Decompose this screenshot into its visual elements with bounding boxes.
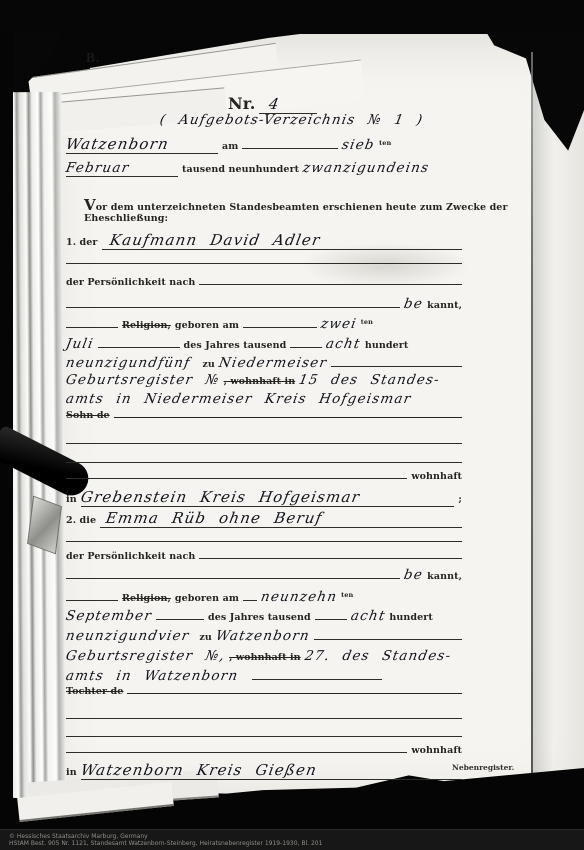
blank-rule [252, 671, 382, 680]
blank-rule [290, 339, 322, 348]
blank-rule [66, 454, 462, 463]
blank-rule [243, 592, 257, 601]
form-content: B. Nr. 4 ( Aufgebots-Verzeichnis № 1 ) W… [0, 0, 584, 850]
strike-rule [114, 417, 462, 418]
bride-birth-year-entry: neunzigundvier [65, 628, 191, 644]
groom-registry-office-entry: amts in Niedermeiser Kreis Hofgeismar [65, 391, 413, 407]
hundert-label: hundert [365, 340, 409, 351]
year-entry: zwanzigundeins [302, 160, 431, 176]
aufgebots-verzeichnis-note: ( Aufgebots-Verzeichnis № 1 ) [159, 112, 425, 128]
groom-birthplace-entry: Niedermeiser [217, 355, 328, 371]
bride-register-line: Geburtsregister №, , wohnhaft in 27. des… [66, 648, 462, 664]
groom-personality-line: der Persönlichkeit nach [66, 276, 462, 288]
wohnhaft-in-label-struck: , wohnhaft in [224, 376, 296, 387]
groom-century-entry: acht [325, 336, 362, 352]
groom-birth-day-entry: zwei [320, 316, 359, 332]
blank-rule [199, 276, 462, 285]
archive-caption-line2: HStAM Best. 905 Nr. 1121, Standesamt Wat… [9, 840, 584, 847]
bride-register-no-entry: 27. des Standes- [303, 648, 452, 664]
year-of-label: des Jahres tausend [184, 340, 287, 351]
intro-text-2: Eheschließung: [84, 213, 168, 224]
groom-birth-year-entry: neunzigundfünf [65, 355, 192, 371]
zu-label: zu [199, 632, 212, 643]
hundert-label: hundert [389, 612, 433, 623]
month-year-line: Februar tausend neunhundert zwanzigundei… [66, 160, 462, 177]
bride-index: 2. die [66, 515, 96, 526]
groom-register-no-entry: 15 des Standes- [298, 372, 442, 388]
son-label-struck: Sohn de [66, 410, 110, 421]
bride-registry-office-line: amts in Watzenborn [66, 668, 462, 684]
groom-son-line: Sohn de [66, 410, 462, 422]
bride-wohnhaft-line: wohnhaft [66, 744, 462, 756]
personality-label: der Persönlichkeit nach [66, 277, 195, 288]
day-suffix: ten [379, 139, 391, 147]
blank-line [66, 728, 462, 737]
blank-rule [66, 728, 462, 737]
day-entry: sieb [341, 137, 377, 153]
groom-register-entry: Geburtsregister № [65, 372, 221, 388]
record-number-line: Nr. 4 [228, 94, 378, 114]
groom-birth-month-entry: Juli [65, 336, 95, 352]
bride-name-line: 2. die Emma Rüb ohne Beruf [66, 509, 462, 528]
bride-daughter-line: Tochter de [66, 686, 462, 698]
blank-line [66, 255, 462, 264]
wohnhaft-label: wohnhaft [411, 745, 462, 756]
groom-name-line: 1. der Kaufmann David Adler [66, 231, 462, 250]
in-label: in [66, 494, 77, 505]
bride-registry-office-entry: amts in Watzenborn [65, 668, 240, 684]
groom-birth-month-line: Juli des Jahres tausend acht hundert [66, 336, 462, 352]
blank-rule [243, 319, 317, 328]
groom-wohnhaft-line: wohnhaft [66, 470, 462, 482]
born-am-label: geboren am [175, 593, 239, 604]
groom-religion-born-line: Religion, geboren am zwei ten [66, 316, 462, 332]
wohnhaft-in-label-struck: , wohnhaft in [229, 652, 301, 663]
bride-known-line: be kannt, [66, 567, 462, 583]
bride-birth-month-line: September des Jahres tausend acht hunder… [66, 608, 462, 624]
known-label: kannt, [427, 300, 462, 311]
nr-label: Nr. [228, 94, 255, 113]
strike-rule [127, 693, 462, 694]
bride-register-entry: Geburtsregister №, [65, 648, 227, 664]
groom-register-line: Geburtsregister № , wohnhaft in 15 des S… [66, 372, 462, 388]
blank-line [66, 533, 462, 542]
daughter-label-struck: Tochter de [66, 686, 123, 697]
bride-birth-year-place-line: neunzigundvier zu Watzenborn [66, 628, 462, 644]
blank-rule [331, 358, 462, 367]
year-printed: tausend neunhundert [182, 164, 299, 175]
groom-known-entry: be [403, 296, 425, 312]
am-label: am [222, 141, 238, 152]
record-number-value: 4 [268, 95, 282, 113]
blank-rule [66, 570, 400, 579]
blank-rule [66, 319, 118, 328]
blank-rule [66, 435, 462, 444]
groom-known-line: be kannt, [66, 296, 462, 312]
blank-rule [98, 339, 180, 348]
in-label: in [66, 767, 77, 778]
blank-rule [66, 299, 400, 308]
day-suffix: ten [341, 591, 353, 599]
groom-name-entry: Kaufmann David Adler [108, 231, 322, 249]
personality-label: der Persönlichkeit nach [66, 551, 195, 562]
born-am-label: geboren am [175, 320, 239, 331]
blank-rule [315, 611, 347, 620]
groom-residence-entry: Grebenstein Kreis Hofgeismar [79, 488, 361, 506]
bride-religion-born-line: Religion, geboren am neunzehn ten [66, 589, 462, 605]
blank-rule [66, 744, 407, 753]
archive-caption-bar: © Hessisches Staatsarchiv Marburg, Germa… [0, 829, 584, 850]
blank-rule [242, 140, 338, 149]
intro-line-1: Vor dem unterzeichneten Standesbeamten e… [84, 196, 464, 214]
place-date-line: Watzenborn am sieb ten [66, 135, 462, 154]
known-label: kannt, [427, 571, 462, 582]
day-suffix: ten [361, 318, 373, 326]
bride-birth-month-entry: September [65, 608, 154, 624]
bride-name-entry: Emma Rüb ohne Beruf [105, 509, 325, 527]
archive-caption-line1: © Hessisches Staatsarchiv Marburg, Germa… [9, 833, 584, 840]
blank-rule [199, 550, 462, 559]
religion-label-struck: Religion, [122, 593, 171, 604]
blank-line [66, 435, 462, 444]
intro-text-1: Vor dem unterzeichneten Standesbeamten e… [84, 196, 508, 214]
bride-century-entry: acht [349, 608, 386, 624]
blank-rule [66, 255, 462, 264]
bride-personality-line: der Persönlichkeit nach [66, 550, 462, 562]
subtitle-line: ( Aufgebots-Verzeichnis № 1 ) [132, 112, 452, 128]
religion-label-struck: Religion, [122, 320, 171, 331]
blank-line [66, 710, 462, 719]
groom-index: 1. der [66, 237, 98, 248]
place-entry: Watzenborn [64, 135, 170, 153]
bride-residence-entry: Watzenborn Kreis Gießen [79, 761, 318, 779]
nebenregister-note: Nebenregister. [452, 763, 514, 772]
groom-registry-office-line: amts in Niedermeiser Kreis Hofgeismar [66, 391, 462, 407]
page-letter: B. [86, 50, 482, 66]
blank-rule [66, 710, 462, 719]
blank-rule [156, 611, 204, 620]
page-letter-label: B. [86, 50, 100, 66]
semicolon: ; [458, 494, 462, 505]
blank-rule [66, 592, 118, 601]
year-of-label: des Jahres tausend [208, 612, 311, 623]
intro-line-2: Eheschließung: [84, 213, 480, 224]
blank-rule [66, 470, 407, 479]
blank-rule [314, 631, 462, 640]
scanned-registry-page: B. Nr. 4 ( Aufgebots-Verzeichnis № 1 ) W… [0, 0, 584, 850]
bride-known-entry: be [403, 567, 425, 583]
blank-rule [66, 533, 462, 542]
blank-line [66, 454, 462, 463]
groom-residence-line: in Grebenstein Kreis Hofgeismar ; [66, 488, 462, 507]
zu-label: zu [202, 359, 215, 370]
groom-birth-year-place-line: neunzigundfünf zu Niedermeiser [66, 355, 462, 371]
bride-birthplace-entry: Watzenborn [214, 628, 311, 644]
wohnhaft-label: wohnhaft [411, 471, 462, 482]
bride-birth-day-entry: neunzehn [260, 589, 339, 605]
month-entry: Februar [65, 160, 131, 176]
bride-residence-line: in Watzenborn Kreis Gießen [66, 761, 462, 780]
